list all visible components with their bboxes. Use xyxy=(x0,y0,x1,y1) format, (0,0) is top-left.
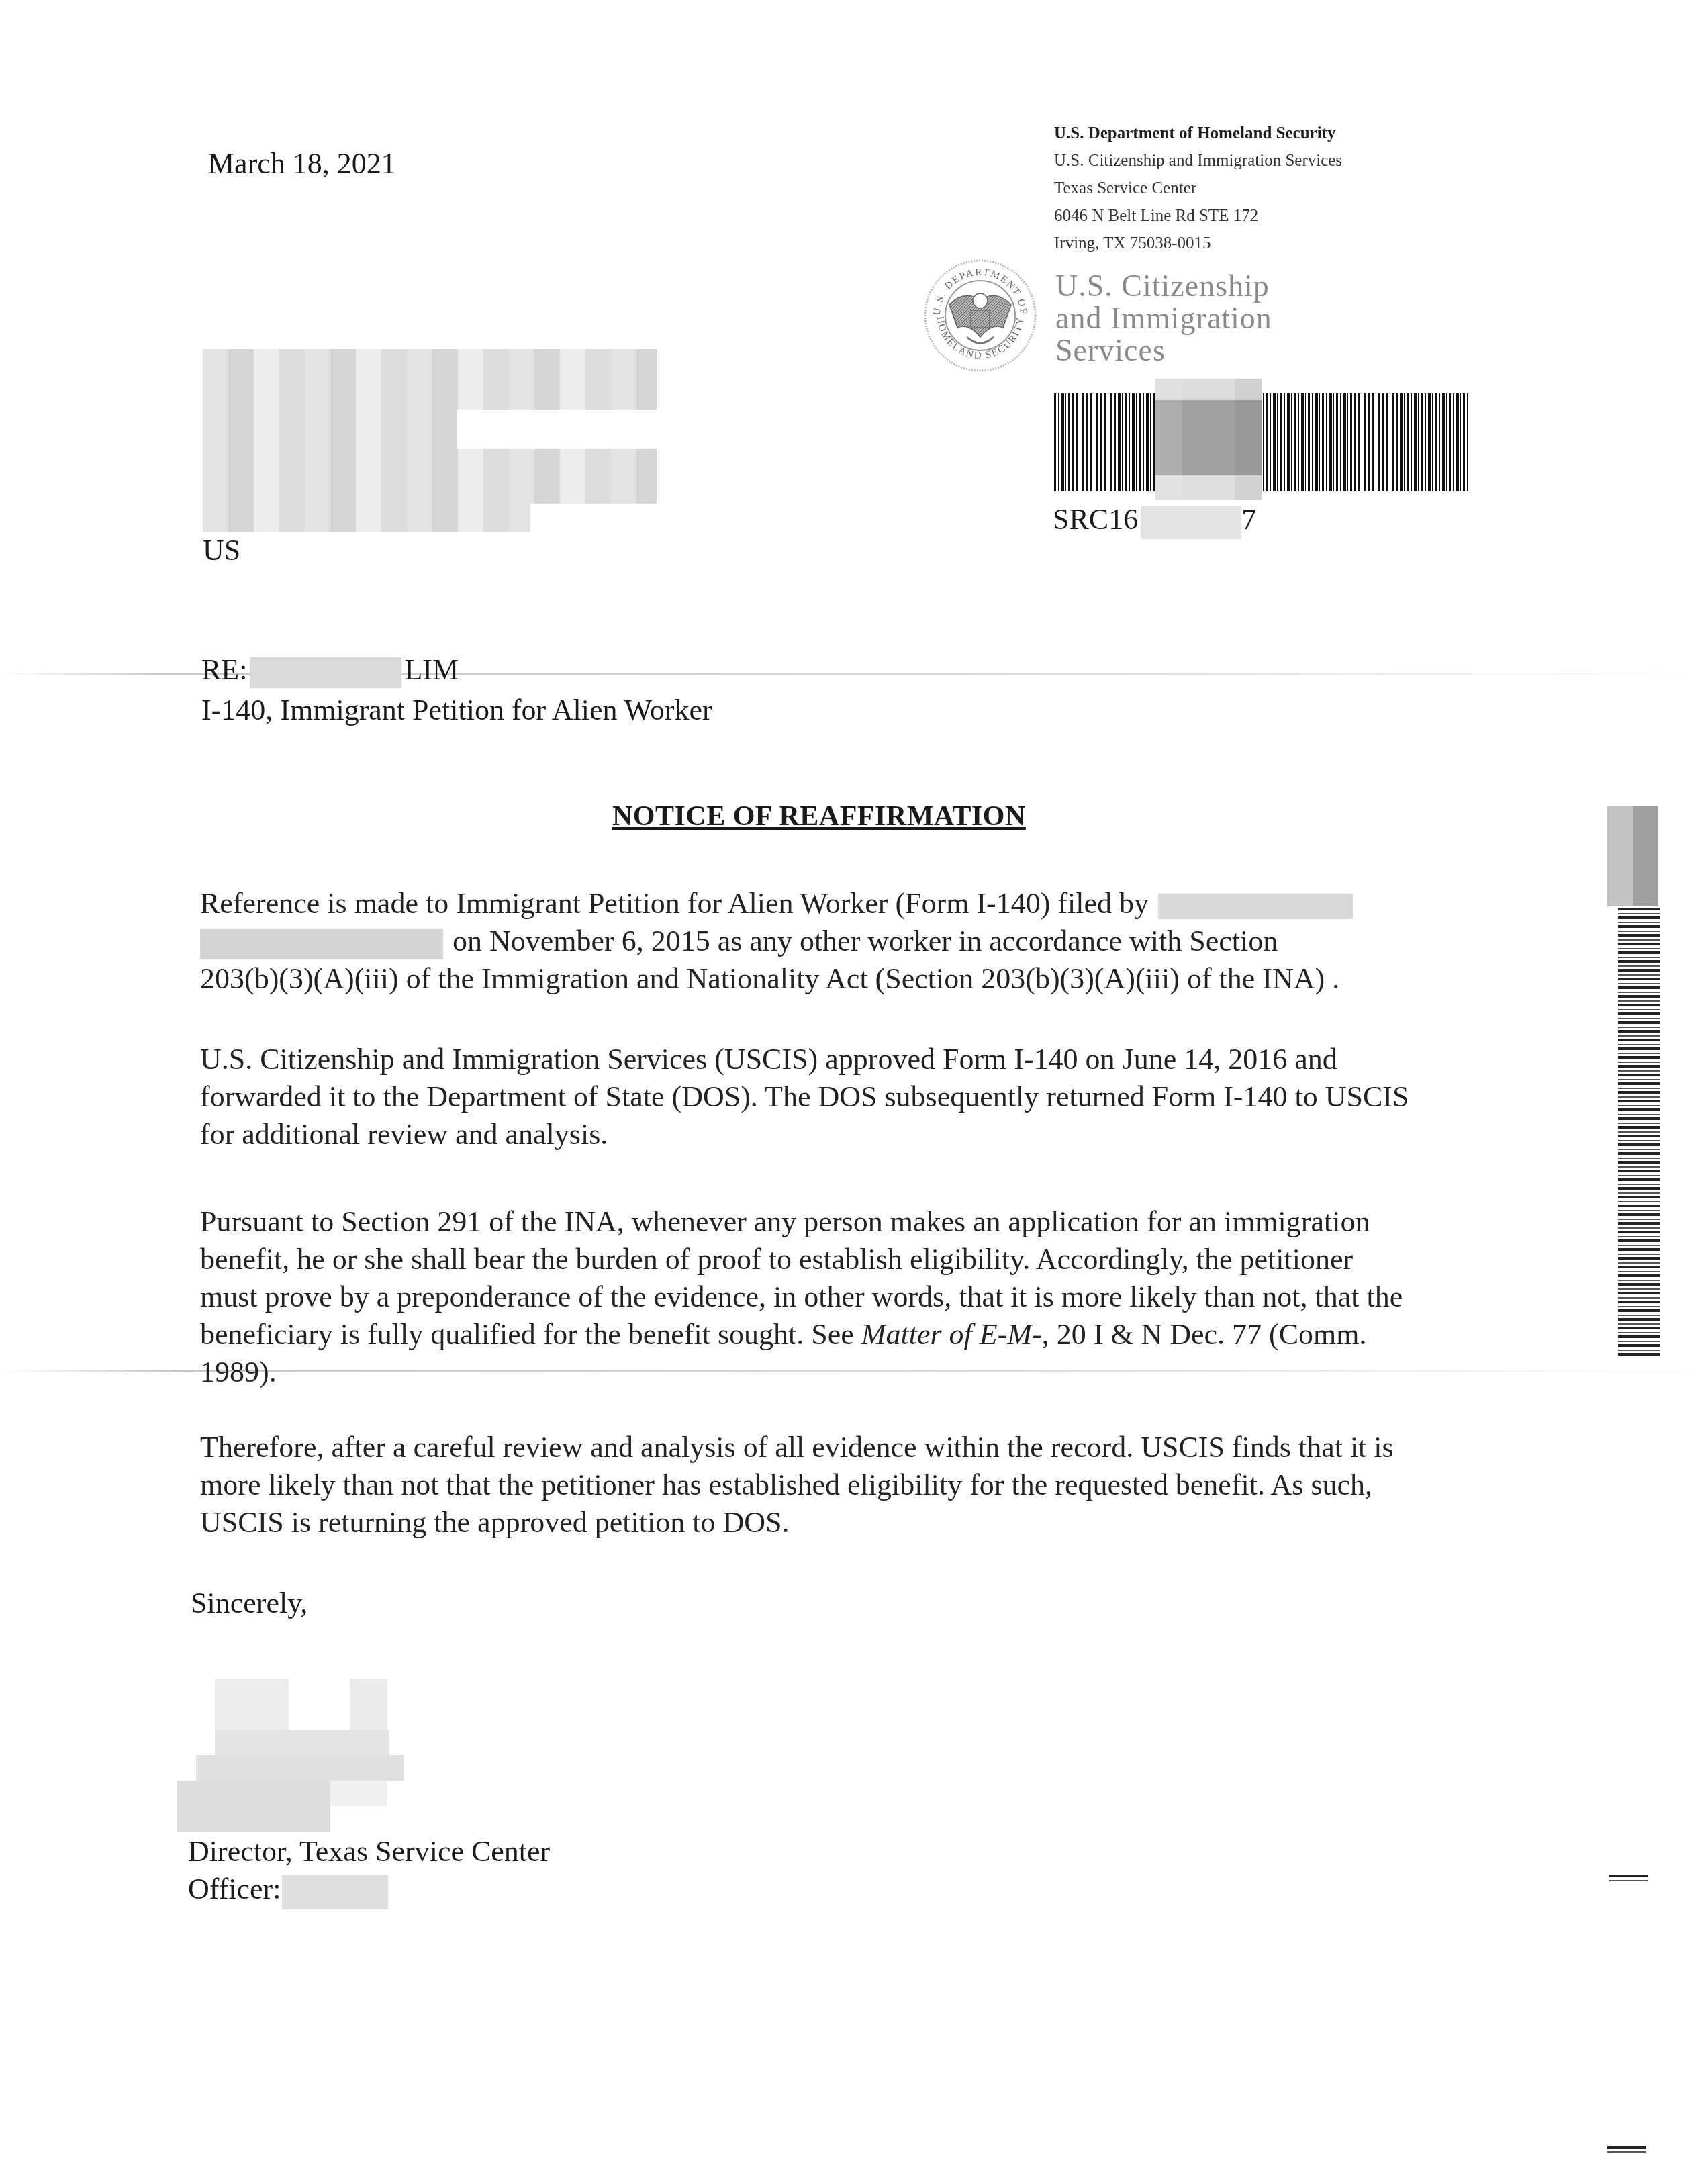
petitioner-name-redacted xyxy=(1158,894,1353,919)
case-citation: Matter of E-M- xyxy=(861,1318,1042,1351)
agency-address-block: U.S. Department of Homeland Security U.S… xyxy=(1054,120,1342,257)
paragraph-burden-of-proof: Pursuant to Section 291 of the INA, when… xyxy=(200,1203,1403,1391)
agency-office: Texas Service Center xyxy=(1054,175,1342,202)
edge-print-strip xyxy=(1618,908,1660,1358)
agency-department: U.S. Department of Homeland Security xyxy=(1054,120,1342,147)
edge-print-mark-2 xyxy=(1607,2146,1646,2153)
receipt-suffix: 7 xyxy=(1241,503,1256,536)
receipt-prefix: SRC16 xyxy=(1053,503,1138,536)
officer-line: Officer: xyxy=(188,1871,388,1909)
paragraph-reference: Reference is made to Immigrant Petition … xyxy=(200,885,1353,998)
signature-redacted xyxy=(177,1679,500,1833)
paragraph-approval: U.S. Citizenship and Immigration Service… xyxy=(200,1041,1409,1153)
recipient-address-redacted-gap xyxy=(457,410,658,449)
officer-label: Officer: xyxy=(188,1873,281,1905)
re-label: RE: xyxy=(201,653,247,686)
beneficiary-surname: LIM xyxy=(404,653,459,686)
notice-title: NOTICE OF REAFFIRMATION xyxy=(612,799,1026,834)
dhs-seal-icon: U.S. DEPARTMENT OF HOMELAND SECURITY xyxy=(922,258,1038,373)
signer-title: Director, Texas Service Center xyxy=(188,1833,550,1871)
agency-city: Irving, TX 75038-0015 xyxy=(1054,230,1342,257)
edge-print-mark-1 xyxy=(1609,1875,1648,1881)
receipt-redacted xyxy=(1141,506,1241,539)
edge-redaction xyxy=(1607,806,1658,906)
uscis-wordmark: U.S. Citizenship and Immigration Service… xyxy=(1055,270,1272,367)
re-line: RE:LIM xyxy=(201,651,459,689)
barcode-redaction-pixelated xyxy=(1155,379,1262,500)
recipient-country: US xyxy=(203,532,240,569)
petitioner-name-redacted-2 xyxy=(200,929,443,959)
letter-date: March 18, 2021 xyxy=(208,145,396,183)
officer-id-redacted xyxy=(282,1875,388,1909)
beneficiary-name-redacted xyxy=(250,657,401,688)
receipt-number: SRC167 xyxy=(1053,501,1256,539)
agency-street: 6046 N Belt Line Rd STE 172 xyxy=(1054,202,1342,230)
agency-name: U.S. Citizenship and Immigration Service… xyxy=(1054,147,1342,175)
form-type: I-140, Immigrant Petition for Alien Work… xyxy=(201,692,712,729)
recipient-address-redacted-gap2 xyxy=(530,504,665,533)
closing: Sincerely, xyxy=(191,1585,307,1622)
paragraph-conclusion: Therefore, after a careful review and an… xyxy=(200,1429,1394,1542)
